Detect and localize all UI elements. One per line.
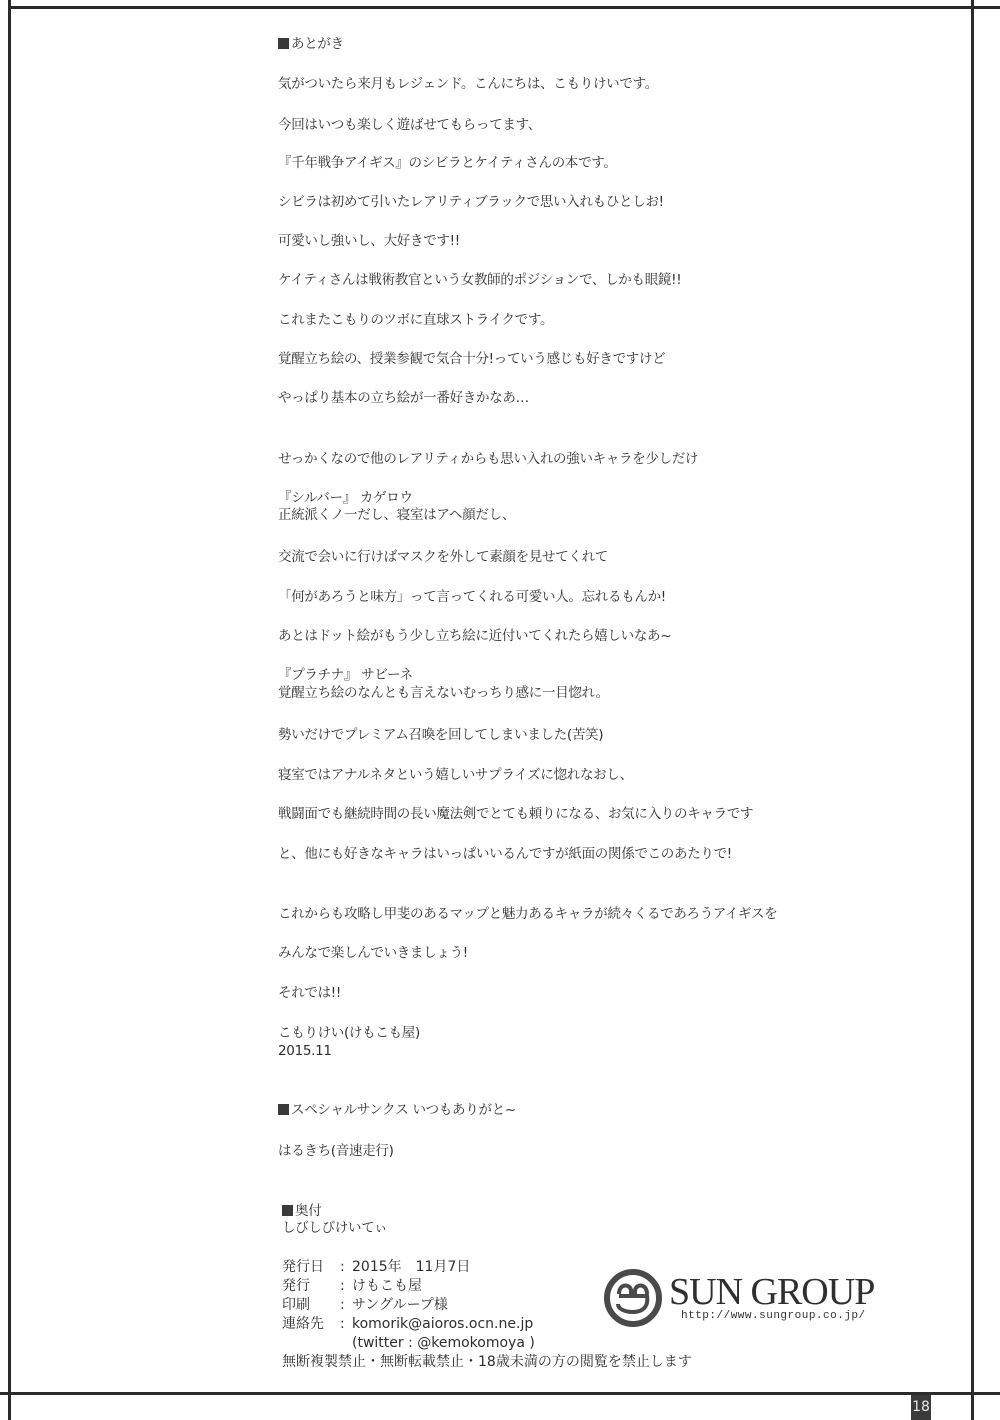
afterword-line: あとはドット絵がもう少し立ち絵に近付いてくれたら嬉しいなあ~ [278, 628, 671, 644]
copyright-notice: 無断複製禁止・無断転載禁止・18歳未満の方の閲覧を禁止します [282, 1354, 692, 1371]
document-page: あとがき 気がついたら来月もレジェンド。こんにちは、こもりけいです。 今回はいつ… [0, 0, 1000, 1420]
afterword-date: 2015.11 [278, 1043, 332, 1059]
colophon-heading: 奥付 [282, 1203, 321, 1219]
afterword-line: 正統派くノ一だし、寝室はアヘ顔だし、 [278, 507, 515, 523]
contact-email: komorik@aioros.ocn.ne.jp [352, 1316, 533, 1332]
colophon-row-twitter: (twitter : @kemokomoya ) [282, 1335, 535, 1352]
frame-right-line [971, 0, 974, 1420]
afterword-line: みんなで楽しんでいきましょう! [278, 945, 468, 961]
afterword-line: 戦闘面でも継続時間の長い魔法剣でとても頼りになる、お気に入りのキャラです [278, 806, 753, 822]
character-title: 『シルバー』 カゲロウ [278, 490, 413, 506]
twitter-handle: (twitter : @kemokomoya ) [352, 1335, 535, 1351]
afterword-line: と、他にも好きなキャラはいっぱいいるんですが紙面の関係でこのあたりで! [278, 846, 732, 862]
special-thanks-name: はるきち(音速走行) [278, 1143, 394, 1159]
afterword-line: やっぱり基本の立ち絵が一番好きかなあ… [278, 390, 529, 406]
colon-separator: : [340, 1259, 352, 1276]
afterword-line: 覚醒立ち絵の、授業参観で気合十分!っていう感じも好きですけど [278, 351, 665, 367]
afterword-line: 気がついたら来月もレジェンド。こんにちは、こもりけいです。 [278, 76, 658, 92]
afterword-line: 覚醒立ち絵のなんとも言えないむっちり感に一目惚れ。 [278, 685, 609, 701]
afterword-line: せっかくなので他のレアリティからも思い入れの強いキャラを少しだけ [278, 451, 698, 467]
colon-separator: : [340, 1278, 352, 1295]
afterword-line: 今回はいつも楽しく遊ばせてもらってます、 [278, 117, 541, 133]
colophon-row-printer: 印刷:サングループ様 [282, 1297, 448, 1314]
character-title: 『プラチナ』 サビーネ [278, 667, 413, 683]
colophon-value: 2015年 11月7日 [352, 1259, 470, 1275]
afterword-heading: あとがき [278, 36, 344, 52]
sun-group-url: http://www.sungroup.co.jp/ [681, 1310, 866, 1322]
afterword-line: 交流で会いに行けばマスクを外して素顔を見せてくれて [278, 549, 608, 565]
colophon-key: 連絡先 [282, 1316, 340, 1333]
colophon-key: 印刷 [282, 1297, 340, 1314]
afterword-line: 勢いだけでプレミアム召喚を回してしまいました(苦笑) [278, 727, 603, 743]
afterword-line: これからも攻略し甲斐のあるマップと魅力あるキャラが続々くるであろうアイギスを [278, 906, 777, 922]
afterword-line: それでは!! [278, 985, 341, 1001]
sun-group-emblem-icon [603, 1268, 663, 1328]
colophon-value: サングループ様 [352, 1297, 448, 1313]
book-title: しびしびけいてぃ [282, 1220, 387, 1236]
colophon-row-publisher: 発行:けもこも屋 [282, 1278, 422, 1295]
frame-bottom-line [0, 1392, 1000, 1395]
afterword-line: ケイティさんは戦術教官という女教師的ポジションで、しかも眼鏡!! [278, 272, 681, 288]
afterword-line: 「何があろうと味方」って言ってくれる可愛い人。忘れるもんか! [278, 589, 666, 605]
sun-group-wordmark: SUN GROUP [669, 1272, 874, 1312]
afterword-line: シビラは初めて引いたレアリティブラックで思い入れもひとしお! [278, 194, 664, 210]
page-number: 18 [911, 1395, 931, 1420]
afterword-line: 可愛いし強いし、大好きです!! [278, 233, 460, 249]
frame-top-line [9, 6, 1000, 9]
sun-group-logo: SUN GROUP http://www.sungroup.co.jp/ [603, 1268, 913, 1328]
colophon-row-contact: 連絡先:komorik@aioros.ocn.ne.jp [282, 1316, 533, 1333]
colon-separator: : [340, 1297, 352, 1314]
frame-left-line [8, 0, 11, 1420]
special-thanks-heading: スペシャルサンクス いつもありがと~ [278, 1102, 516, 1118]
author-signature: こもりけい(けもこも屋) [278, 1025, 420, 1041]
colophon-value: けもこも屋 [352, 1278, 422, 1294]
colon-separator: : [340, 1316, 352, 1333]
afterword-line: 『千年戦争アイギス』のシビラとケイティさんの本です。 [278, 155, 617, 171]
colophon-row-date: 発行日:2015年 11月7日 [282, 1259, 470, 1276]
afterword-line: 寝室ではアナルネタという嬉しいサプライズに惚れなおし、 [278, 767, 633, 783]
afterword-line: これまたこもりのツボに直球ストライクです。 [278, 312, 553, 328]
colophon-key: 発行日 [282, 1259, 340, 1276]
colophon-key: 発行 [282, 1278, 340, 1295]
